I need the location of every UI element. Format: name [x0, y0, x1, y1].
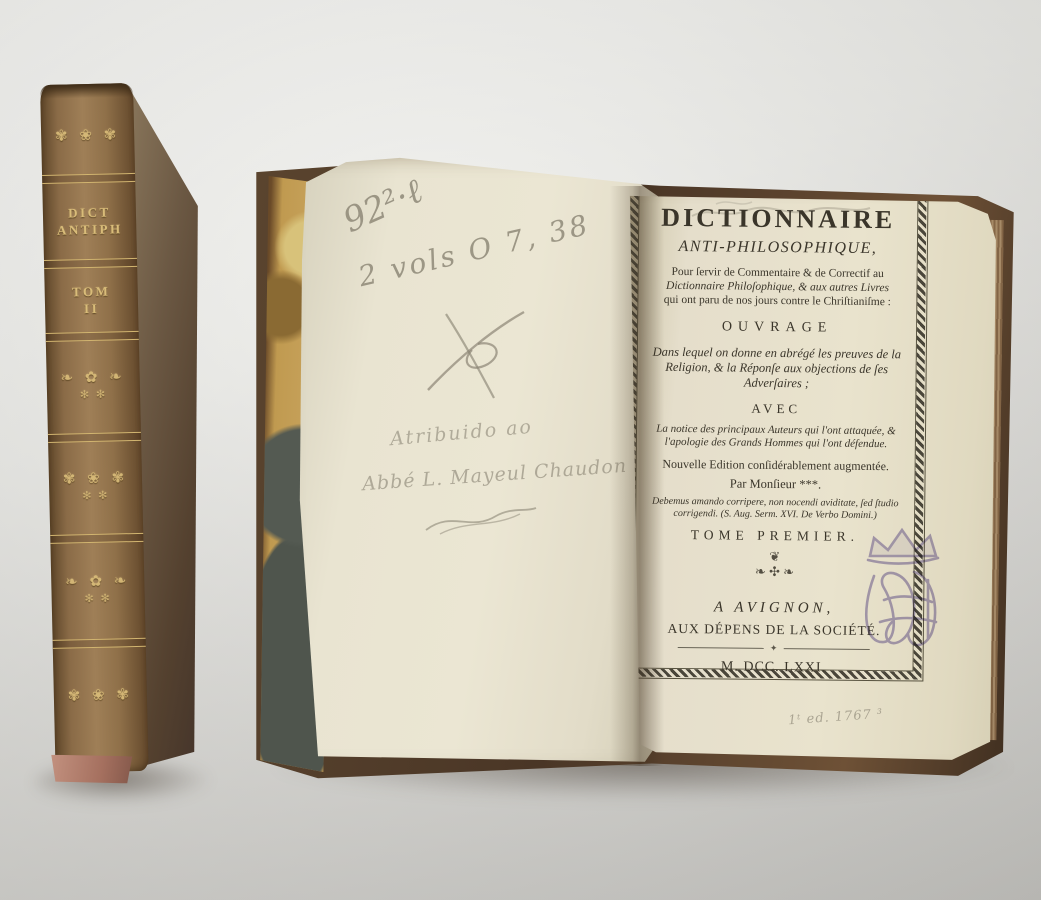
pencil-attribution-line2: Abbé L. Mayeul Chaudon: [362, 455, 628, 495]
spine-volume-line2: II: [84, 300, 100, 317]
gilt-small-ornament-icon: ✻ ✻: [80, 387, 108, 405]
standing-book-page-edges: [46, 753, 139, 785]
pencil-attribution-line1: Atribuido ao: [389, 416, 533, 450]
spine-compartment-ornament: ✾ ❀ ✾ ✻ ✻: [48, 441, 143, 535]
gilt-floral-ornament-icon: ✾ ❀ ✾: [55, 127, 121, 145]
gilt-floral-ornament-icon: ✾ ❀ ✾: [63, 470, 129, 488]
pencil-price-note-1: 92²·ℓ: [337, 171, 428, 241]
rule-center-ornament-icon: ✦: [770, 643, 778, 654]
section-ouvrage: OUVRAGE: [722, 319, 833, 336]
epigraph: Debemus amando corripere, non nocendi av…: [652, 496, 899, 523]
subtitle: ANTI-PHILOSOPHIQUE,: [678, 237, 877, 259]
gilt-small-ornament-icon: ✻ ✻: [82, 488, 110, 506]
title-page: DICTIONNAIRE ANTI-PHILOSOPHIQUE, Pour ſe…: [628, 186, 1010, 768]
spine-volume-compartment: TOM II: [44, 267, 138, 333]
spine-compartment-ornament: ✾ ❀ ✾: [53, 647, 148, 745]
gilt-small-ornament-icon: ✻ ✻: [84, 591, 112, 609]
author-line: Par Monſieur ***.: [730, 477, 821, 492]
gilt-leaf-ornament-icon: ❧ ✿ ❧: [60, 369, 126, 387]
title: DICTIONNAIRE: [661, 203, 895, 235]
spine-compartment-ornament: ❧ ✿ ❧ ✻ ✻: [50, 542, 145, 640]
photograph-of-antique-books: ✾ ❀ ✾ DICT ANTIPH TOM II ❧ ✿ ❧ ✻ ✻ ✾ ❀ ✾…: [0, 0, 1041, 900]
place-line: A AVIGNON,: [714, 598, 835, 617]
spine-volume-line1: TOM: [72, 283, 111, 301]
standing-book-spine: ✾ ❀ ✾ DICT ANTIPH TOM II ❧ ✿ ❧ ✻ ✻ ✾ ❀ ✾…: [40, 83, 149, 773]
imprint-paragraph: Pour ſervir de Commentaire & de Correcti…: [664, 265, 892, 309]
tome-line: TOME PREMIER.: [691, 527, 859, 545]
fleuron-mask-icon: ❦: [755, 549, 794, 564]
epigraph-line2: corrigendi. (S. Aug. Serm. XVI. De Verbo…: [652, 508, 899, 523]
date-line: M. DCC. LXXI.: [721, 659, 826, 676]
spine-compartment-ornament: ❧ ✿ ❧ ✻ ✻: [46, 340, 141, 434]
pencil-edition-note: 1ᵗ ed. 1767 ³: [788, 707, 884, 729]
left-endpaper-page: 92²·ℓ 2 vols O 7, 38 Atribuido ao Abbé L…: [298, 156, 662, 766]
pencil-flourish: [422, 504, 542, 538]
spine-title-line2: ANTIPH: [57, 220, 123, 238]
imprint-line3: qui ont paru de nos jours contre le Chri…: [664, 293, 891, 309]
ouvrage-line2: Religion, & la Réponſe aux objections de…: [652, 360, 901, 378]
library-stamp-crowned-monogram: [840, 522, 966, 658]
pencil-cross-mark: [420, 306, 540, 406]
avec-paragraph: La notice des principaux Auteurs qui l'o…: [656, 423, 896, 452]
spine-title-compartment: DICT ANTIPH: [42, 182, 137, 260]
ouvrage-paragraph: Dans lequel on donne en abrégé les preuv…: [652, 345, 901, 393]
spine-compartment-ornament: ✾ ❀ ✾: [40, 97, 135, 175]
gilt-leaf-ornament-icon: ❧ ✿ ❧: [65, 573, 131, 591]
open-book-gutter-shadow: [610, 186, 664, 766]
avec-line2: l'apologie des Grands Hommes qui l'ont d…: [656, 436, 896, 452]
edition-line: Nouvelle Edition conſidérablement augmen…: [662, 457, 889, 473]
printer-fleuron-icon: ❦ ❧ ✣ ❧: [755, 549, 794, 579]
section-avec: AVEC: [751, 401, 801, 417]
ouvrage-line3: Adverſaires ;: [652, 375, 901, 393]
fleuron-spray-icon: ❧ ✣ ❧: [755, 564, 794, 579]
spine-title-line1: DICT: [68, 203, 111, 221]
gilt-floral-ornament-icon: ✾ ❀ ✾: [68, 687, 134, 705]
